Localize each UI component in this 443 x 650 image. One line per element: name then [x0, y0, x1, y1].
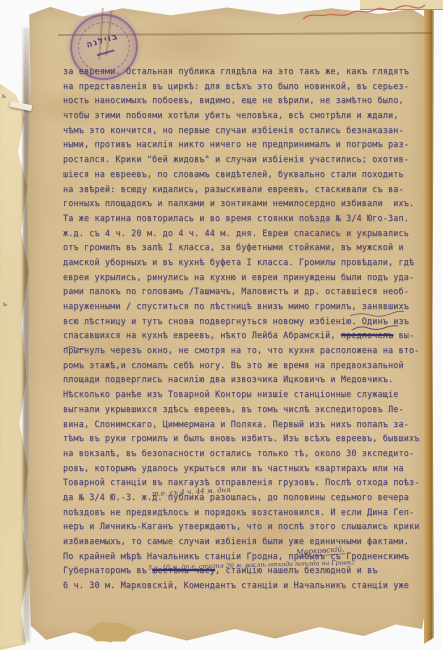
typed-line: гонныхъ площадокъ и палками и зонтиками … [63, 196, 435, 211]
typed-line: ными, противъ насилія никто ничего не пр… [63, 137, 435, 152]
typed-line: Нѣсколько ранѣе изъ Товарной Конторы низ… [63, 387, 435, 402]
line-part: спасавшихся на кухнѣ евреевъ, нѣкто Лейб… [63, 330, 341, 340]
typed-line: избиваемыхъ, то самые случаи избіенія бы… [63, 534, 435, 549]
typed-line: да № 3/4 Ю.-З. ж.д. публика разошлась, д… [63, 490, 435, 505]
typed-line: выгнали укрывшихся здѣсь евреевъ, въ том… [63, 402, 435, 417]
edge-text-fragment: ь [2, 92, 7, 100]
typed-line: на вокзалѣ, въ безопасности остались тол… [63, 446, 435, 461]
typed-line: дамской уборныхъ и въ кухнѣ буфета I кла… [63, 255, 435, 270]
line-part: вы- [393, 330, 414, 340]
typed-line: на звѣрей: всюду кидались, разыскивали е… [63, 182, 435, 197]
typed-line: чѣмъ это кончится, но первые случаи избі… [63, 123, 435, 138]
typed-line: 6 ч. 30 м. Марковскій, Комендантъ станці… [63, 578, 435, 593]
struck-word: предпочелъ [341, 330, 393, 340]
typed-line: всю лѣстницу и тутъ снова подвергнуться … [63, 314, 435, 329]
typed-line: Та же картина повторилась и во время сто… [63, 211, 435, 226]
typed-line: на представленія въ циркѣ: для всѣхъ это… [63, 79, 435, 94]
typed-line: за евреями. Остальная публика глядѣла на… [63, 64, 435, 79]
typed-line: ростался. Крики "бей жидовъ" и случаи из… [63, 152, 435, 167]
typewritten-text: за евреями. Остальная публика глядѣла на… [63, 64, 435, 593]
typed-line: Товарной станціи въ пакгаузѣ отправленія… [63, 475, 435, 490]
typed-line: наруженными / спуститься по лѣстницѣ вни… [63, 299, 435, 314]
typed-line: отъ громилъ въ залѣ I класса, за буфетны… [63, 240, 435, 255]
typed-line: неръ и Личникъ-Каганъ утверждаютъ, что и… [63, 519, 435, 534]
typed-line: ность наносимыхъ побоевъ, видимо, еще не… [63, 93, 435, 108]
typed-line: шіеся на евреевъ, по словамъ свидѣтелей,… [63, 167, 435, 182]
line-part: Губернаторомъ въ [63, 565, 152, 575]
typed-line: вина, Слонимскаго, Циммермана и Поляка. … [63, 417, 435, 432]
typed-line-with-strikeout: спасавшихся на кухнѣ евреевъ, нѣкто Лейб… [63, 328, 435, 343]
typed-line: рами палокъ по головамъ /Ташмачъ, Малови… [63, 284, 435, 299]
typed-line: ровъ, которымъ удалось укрыться или въ ч… [63, 461, 435, 476]
scanned-archival-document: ь ь בוילנה за евреями. Остальная публика… [0, 0, 443, 650]
typed-line: евреи укрылись, ринулись на кухню и евре… [63, 270, 435, 285]
typed-line: площади подверглись насилію два извозчик… [63, 372, 435, 387]
typed-line: чтобы этими побоями хотѣли убить человѣк… [63, 108, 435, 123]
typed-line: тѣмъ въ руки громилъ и былъ вновь избитъ… [63, 431, 435, 446]
sheet-corner-top-right [360, 0, 443, 10]
typed-line: поѣздовъ не предвидѣлось и порядокъ возс… [63, 505, 435, 520]
typed-line: ромъ этажѣ,и сломалъ себѣ ногу. Въ это ж… [63, 358, 435, 373]
typed-line: ж.д. съ 4 ч. 20 м. до 4 ч. 44 м. дня. Ев… [63, 226, 435, 241]
typed-line: прыгнулъ черезъ окно, не смотря на то, ч… [63, 343, 435, 358]
edge-text-fragment: ь [3, 300, 8, 308]
